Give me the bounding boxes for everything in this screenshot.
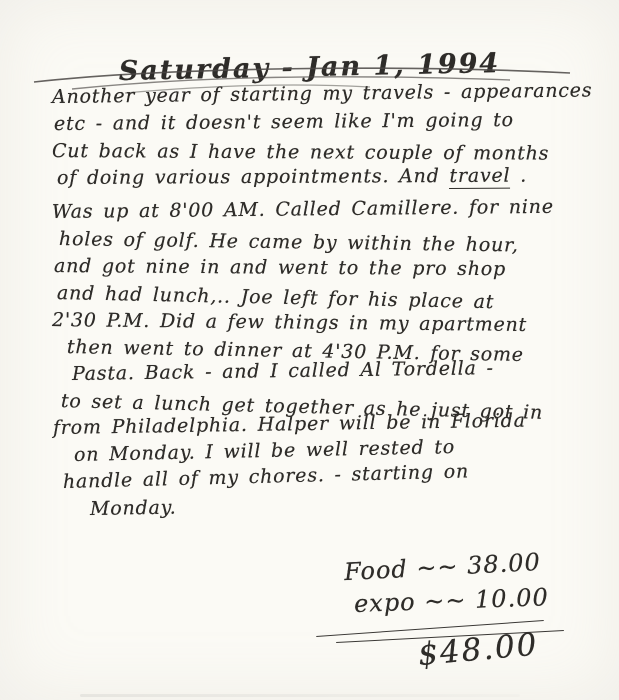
journal-line: and got nine in and went to the pro shop bbox=[54, 253, 604, 284]
journal-line-segment: . bbox=[510, 165, 527, 187]
journal-line: Was up at 8'00 AM. Called Camillere. for… bbox=[52, 193, 604, 226]
expense-expo-line: expo ~~ 10.00 bbox=[354, 582, 581, 618]
journal-line: etc - and it doesn't seem like I'm going… bbox=[54, 106, 604, 138]
journal-page: Saturday - Jan 1, 1994 Another year of s… bbox=[0, 0, 619, 700]
scan-edge-smudge bbox=[80, 694, 520, 697]
journal-line: of doing various appointments. And trave… bbox=[57, 162, 604, 192]
expense-summary: Food ~~ 38.00 expo ~~ 10.00 $48.00 bbox=[330, 552, 580, 666]
expense-food-line: Food ~~ 38.00 bbox=[343, 546, 580, 586]
journal-line-segment: of doing various appointments. And bbox=[57, 165, 450, 189]
expense-total: $48.00 bbox=[417, 623, 582, 673]
journal-entry: Another year of starting my travels - ap… bbox=[52, 84, 604, 523]
travel-underlined-word: travel bbox=[449, 165, 510, 189]
